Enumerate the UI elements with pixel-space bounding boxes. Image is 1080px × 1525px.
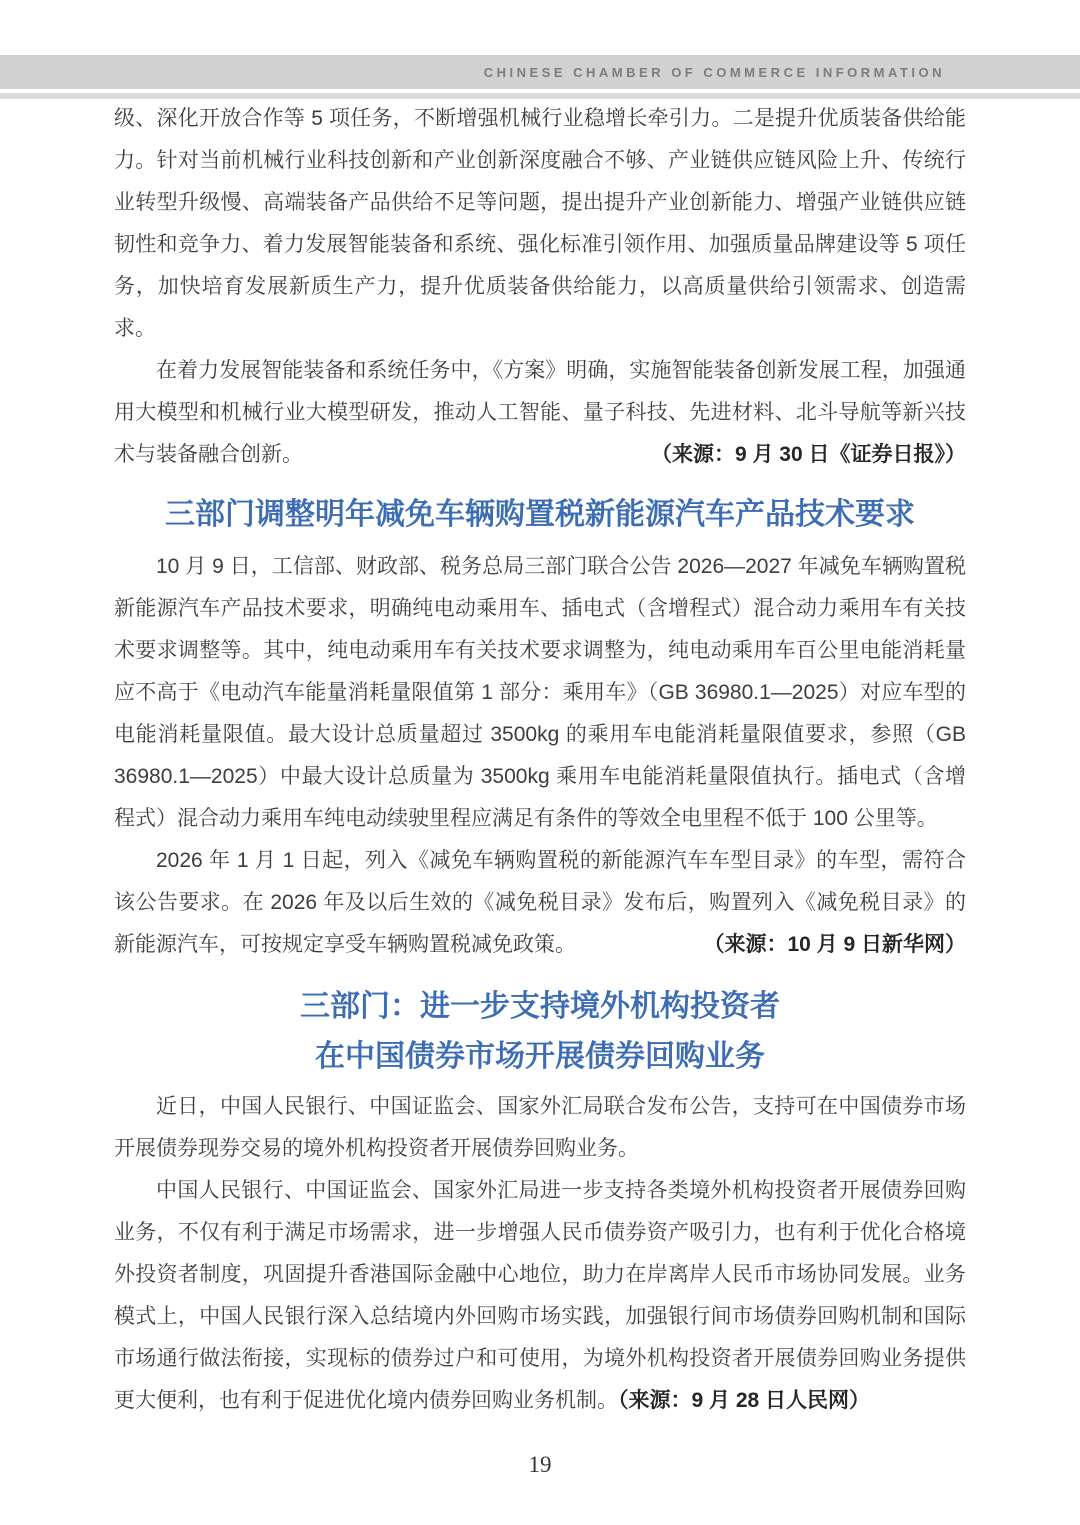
article3-paragraph-2-text: 中国人民银行、中国证监会、国家外汇局进一步支持各类境外机构投资者开展债券回购业务… [114,1179,966,1412]
article3-paragraph-2: 中国人民银行、中国证监会、国家外汇局进一步支持各类境外机构投资者开展债券回购业务… [114,1170,966,1422]
page-content: 级、深化开放合作等 5 项任务，不断增强机械行业稳增长牵引力。二是提升优质装备供… [114,98,966,1422]
article3-title-line1: 三部门：进一步支持境外机构投资者 [114,982,966,1032]
article2-title: 三部门调整明年减免车辆购置税新能源汽车产品技术要求 [114,490,966,540]
article1-paragraph-2: 在着力发展智能装备和系统任务中，《方案》明确，实施智能装备创新发展工程，加强通用… [114,350,966,476]
article1-source: （来源：9 月 30 日《证券日报》） [609,434,966,476]
article3-source: （来源：9 月 28 日人民网） [618,1389,870,1412]
document-page: CHINESE CHAMBER OF COMMERCE INFORMATION … [0,0,1080,1525]
article2-source: （来源：10 月 9 日新华网） [661,924,966,966]
article2-paragraph-1: 10 月 9 日，工信部、财政部、税务总局三部门联合公告 2026—2027 年… [114,546,966,840]
article1-paragraph-1: 级、深化开放合作等 5 项任务，不断增强机械行业稳增长牵引力。二是提升优质装备供… [114,98,966,350]
article3-title-line2: 在中国债券市场开展债券回购业务 [114,1032,966,1082]
article3-title: 三部门：进一步支持境外机构投资者 在中国债券市场开展债券回购业务 [114,982,966,1082]
header-banner-text: CHINESE CHAMBER OF COMMERCE INFORMATION [484,65,945,80]
article2-paragraph-2: 2026 年 1 月 1 日起，列入《减免车辆购置税的新能源汽车车型目录》的车型… [114,840,966,966]
header-banner-bar: CHINESE CHAMBER OF COMMERCE INFORMATION [0,55,1080,89]
article3-paragraph-1: 近日，中国人民银行、中国证监会、国家外汇局联合发布公告，支持可在中国债券市场开展… [114,1086,966,1170]
page-number: 19 [0,1452,1080,1478]
